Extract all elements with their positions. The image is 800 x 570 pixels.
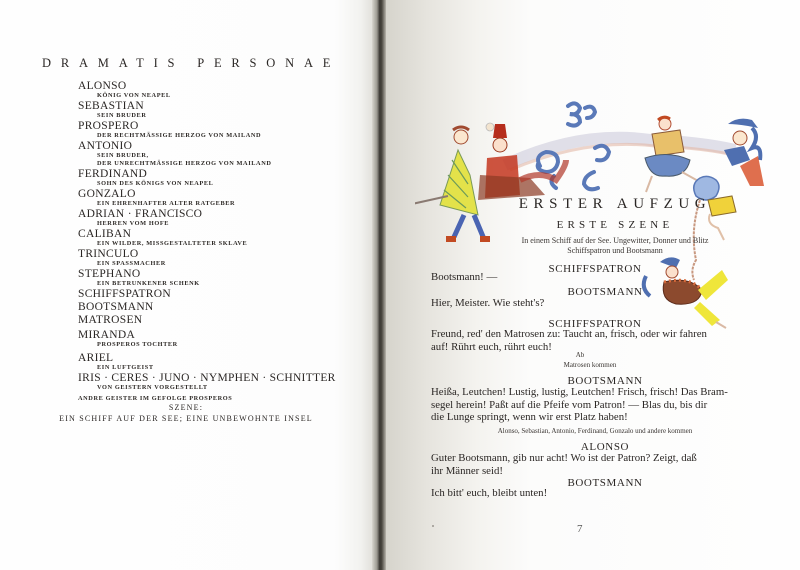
cast-desc: PROSPEROS TOCHTER — [78, 341, 368, 349]
cast-name: MIRANDA — [78, 330, 368, 341]
book-gutter — [372, 0, 386, 570]
cast-name: SCHIFFSPATRON — [78, 289, 368, 300]
cast-name: MATROSEN — [78, 315, 368, 326]
stage-direction-enter-sailors: Matrosen kommen — [520, 360, 660, 370]
speech-block: Freund, red' den Matrosen zu: Taucht an,… — [431, 328, 751, 353]
cast-name: TRINCULO — [78, 249, 368, 260]
cast-name: STEPHANO — [78, 269, 368, 280]
cast-name: ARIEL — [78, 353, 368, 364]
cast-desc: EIN EHRENHAFTER ALTER RATGEBER — [78, 200, 368, 208]
cast-desc: EIN SPASSMACHER — [78, 260, 368, 268]
cast-desc: SEIN BRUDER, — [78, 152, 368, 160]
cast-name: ADRIAN · FRANCISCO — [78, 209, 368, 220]
cast-name: ALONSO — [78, 81, 368, 92]
cast-list: ALONSO KÖNIG VON NEAPEL SEBASTIAN SEIN B… — [78, 80, 368, 402]
cast-desc: KÖNIG VON NEAPEL — [78, 92, 368, 100]
cast-name: FERDINAND — [78, 169, 368, 180]
speaker-name: SCHIFFSPATRON — [490, 263, 700, 275]
stage-direction-intro: In einem Schiff auf der See. Ungewitter,… — [470, 236, 760, 256]
cast-desc: EIN BETRUNKENER SCHENK — [78, 280, 368, 288]
cast-desc: DER RECHTMÄSSIGE HERZOG VON MAILAND — [78, 132, 368, 140]
other-spirits-line: ANDRE GEISTER IM GEFOLGE PROSPEROS — [78, 395, 368, 402]
speech-block: Heißa, Leutchen! Lustig, lustig, Leutche… — [431, 386, 761, 424]
speech-block: Guter Bootsmann, gib nur acht! Wo ist de… — [431, 452, 761, 477]
setting-label: SZENE: — [0, 402, 372, 413]
cast-desc: SEIN BRUDER — [78, 112, 368, 120]
paper-speck — [174, 209, 175, 210]
cast-name: CALIBAN — [78, 229, 368, 240]
cast-desc: EIN WILDER, MISSGESTALTETER SKLAVE — [78, 240, 368, 248]
cast-desc: VON GEISTERN VORGESTELLT — [78, 384, 368, 392]
speech-line: Ich bitt' euch, bleibt unten! — [431, 487, 547, 500]
stage-direction-enter-nobles: Alonso, Sebastian, Antonio, Ferdinand, G… — [440, 426, 750, 436]
cast-desc: DER UNRECHTMÄSSIGE HERZOG VON MAILAND — [78, 160, 368, 168]
page-number: 7 — [577, 523, 583, 535]
cast-name: GONZALO — [78, 189, 368, 200]
cast-desc: SOHN DES KÖNIGS VON NEAPEL — [78, 180, 368, 188]
cast-name: BOOTSMANN — [78, 302, 368, 313]
setting-text: EIN SCHIFF AUF DER SEE; EINE UNBEWOHNTE … — [0, 413, 372, 424]
speech-line: Bootsmann! — — [431, 271, 497, 284]
cast-name: SEBASTIAN — [78, 101, 368, 112]
cast-name: ANTONIO — [78, 141, 368, 152]
paper-speck — [432, 525, 434, 527]
cast-desc: EIN LUFTGEIST — [78, 364, 368, 372]
cast-name: PROSPERO — [78, 121, 368, 132]
act-title: ERSTER AUFZUG — [490, 196, 740, 213]
stage-direction-exit: Ab — [570, 350, 590, 360]
setting-block: SZENE: EIN SCHIFF AUF DER SEE; EINE UNBE… — [0, 402, 372, 424]
cast-name: IRIS · CERES · JUNO · NYMPHEN · SCHNITTE… — [78, 373, 368, 384]
cast-desc: HERREN VOM HOFE — [78, 220, 368, 228]
speech-line: Hier, Meister. Wie steht's? — [431, 297, 544, 310]
dramatis-personae-title: DRAMATIS PERSONAE — [42, 56, 362, 71]
scene-title: ERSTE SZENE — [490, 219, 740, 231]
